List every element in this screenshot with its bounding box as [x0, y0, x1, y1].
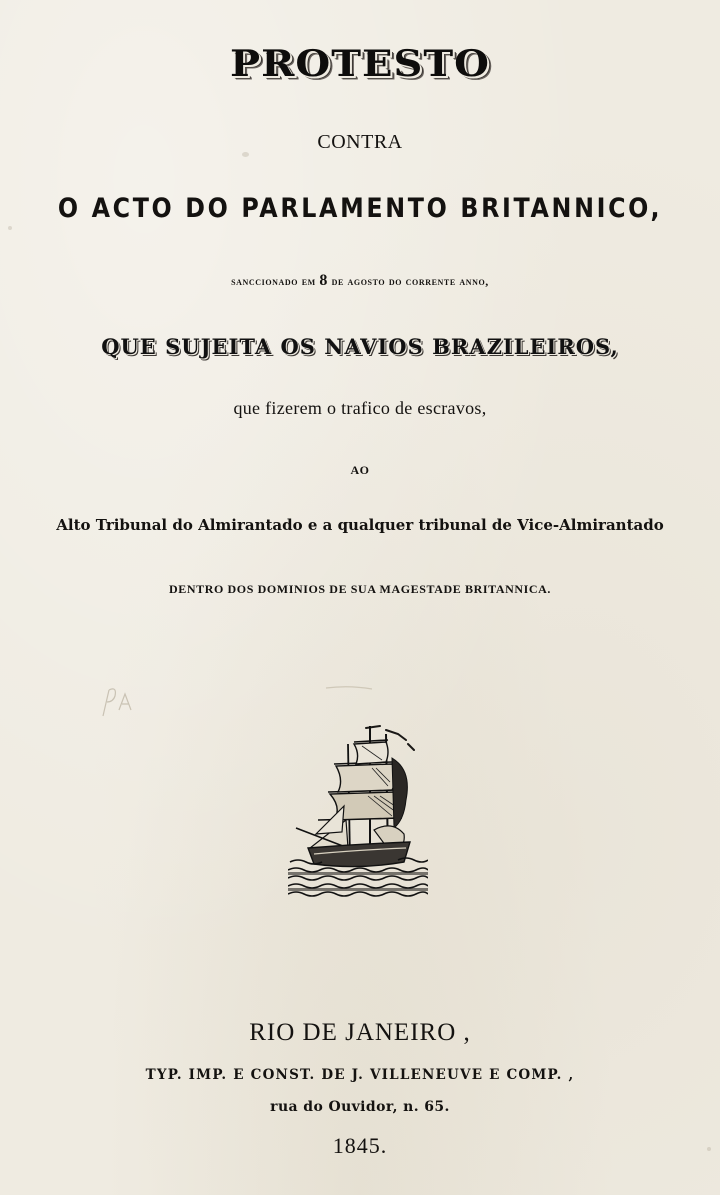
subject-heading: O ACTO DO PARLAMENTO BRITANNICO, [43, 193, 677, 224]
ships-heading: QUE SUJEITA OS NAVIOS BRAZILEIROS, [0, 334, 720, 359]
pencil-dash-icon [324, 684, 374, 692]
dominions-line: DENTRO DOS DOMINIOS DE SUA MAGESTADE BRI… [0, 582, 720, 597]
sailing-ship-icon [288, 720, 428, 900]
tribunal-line: Alto Tribunal do Almirantado e a qualque… [0, 516, 720, 534]
imprint-city: RIO DE JANEIRO , [0, 1019, 720, 1047]
to-line: AO [0, 463, 720, 478]
imprint-address: rua do Ouvidor, n. 65. [0, 1099, 720, 1115]
imprint-printer: TYP. IMP. E CONST. DE J. VILLENEUVE E CO… [0, 1067, 720, 1083]
pencil-mark-icon [95, 680, 145, 720]
paper-stain [8, 226, 12, 230]
title-page: PROTESTO CONTRA O ACTO DO PARLAMENTO BRI… [0, 0, 720, 1195]
main-title: PROTESTO [0, 42, 720, 85]
sanctioned-text-post: de agosto do corrente anno, [328, 274, 489, 288]
contra-line: CONTRA [0, 131, 720, 154]
sanctioned-text-pre: sanccionado em [231, 274, 319, 288]
sanctioned-day: 8 [319, 272, 328, 289]
imprint-year: 1845. [0, 1133, 720, 1159]
slave-trade-line: que fizerem o trafico de escravos, [0, 398, 720, 419]
sanctioned-line: sanccionado em 8 de agosto do corrente a… [0, 272, 720, 290]
